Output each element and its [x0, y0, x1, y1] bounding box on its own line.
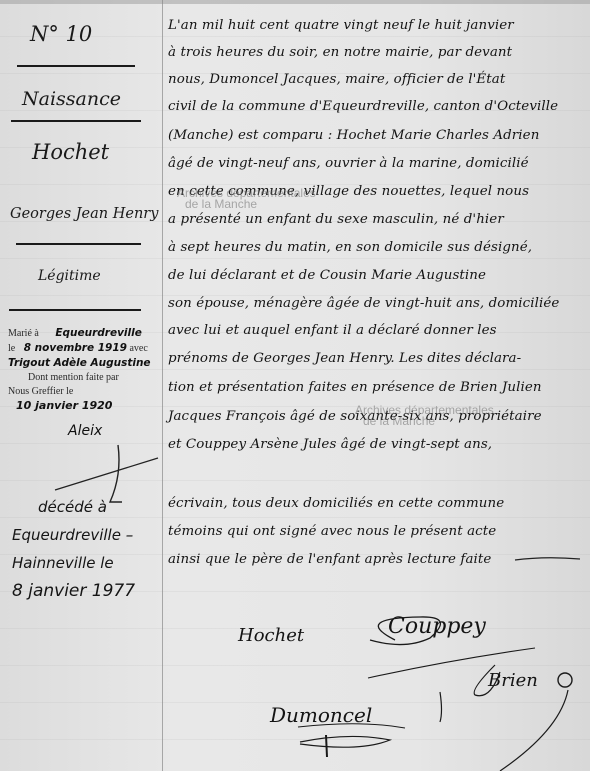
register-page: N° 10 Naissance Hochet Georges Jean Henr…: [0, 0, 590, 771]
signature-flourishes: [0, 0, 590, 771]
